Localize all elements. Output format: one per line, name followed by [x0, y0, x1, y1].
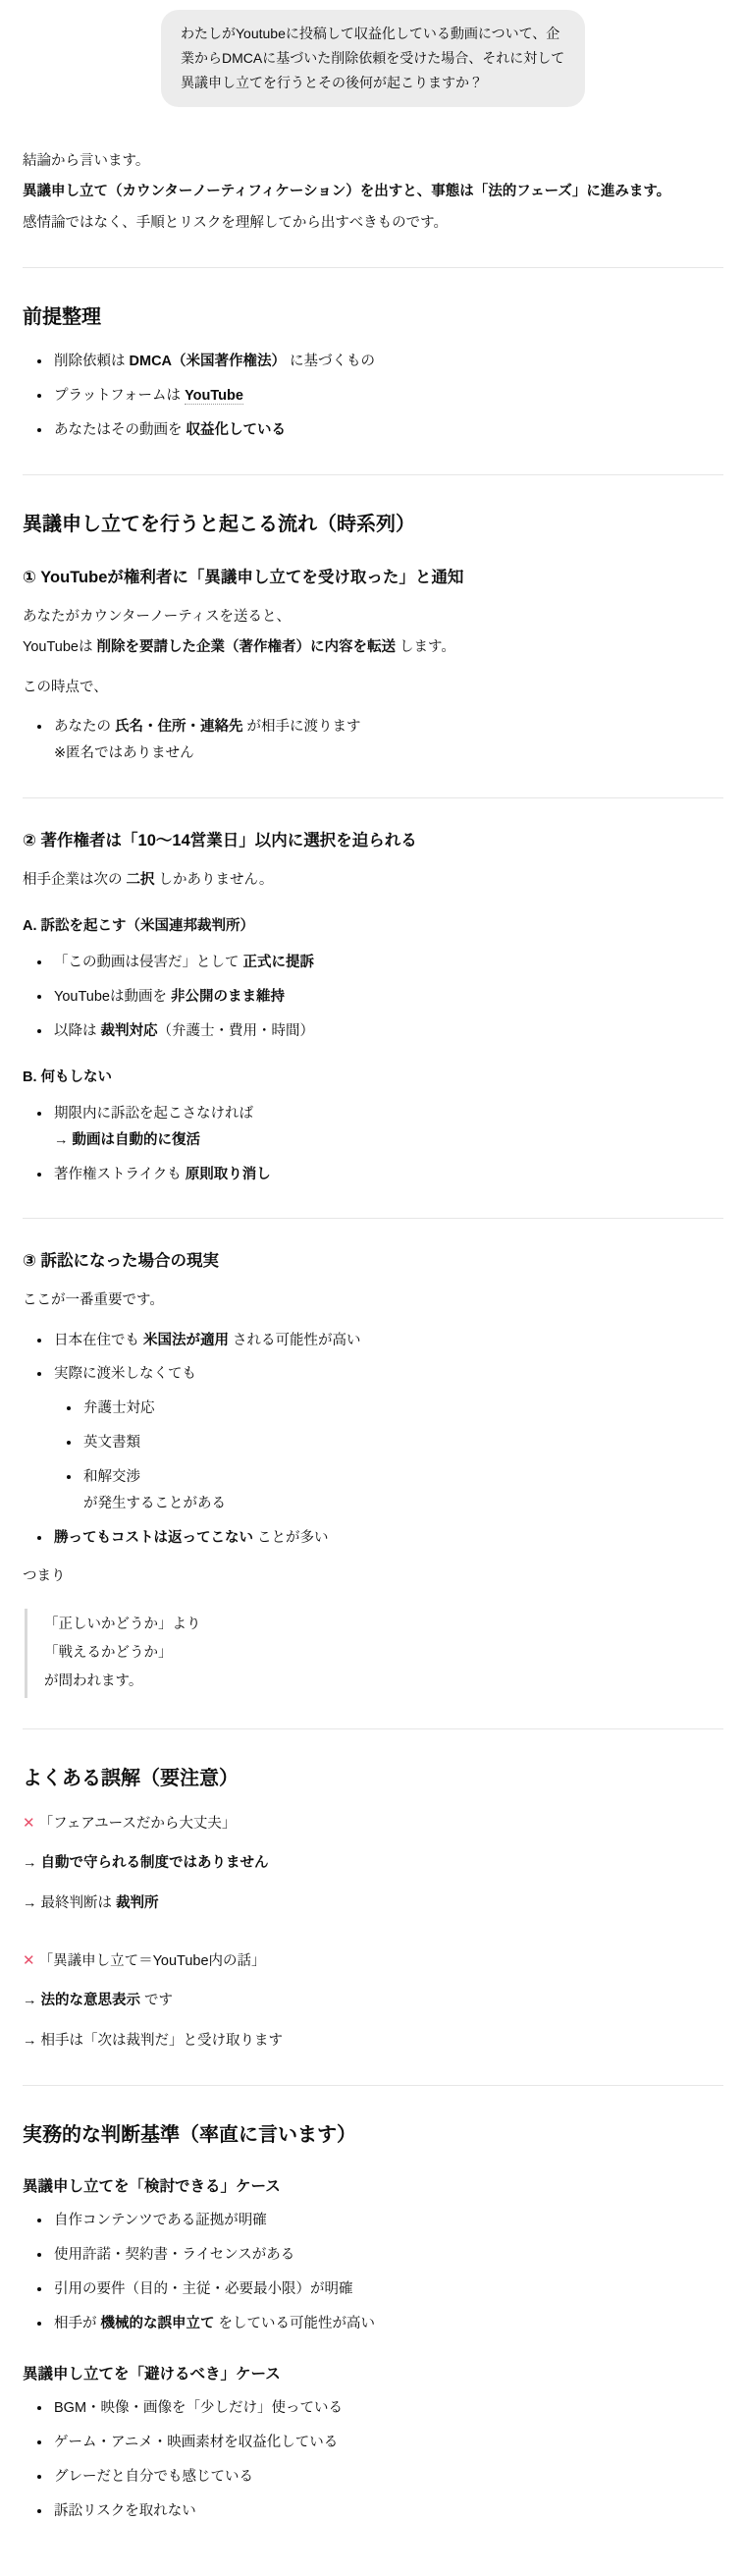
list-item: 弁護士対応 [81, 1396, 723, 1422]
misconception-2-line-2: → 相手は「次は裁判だ」と受け取ります [23, 2028, 723, 2055]
list-item: 使用許諾・契約書・ライセンスがある [52, 2242, 723, 2269]
list-item: 勝ってもコストは返ってこない ことが多い [52, 1525, 723, 1552]
list-item: グレーだと自分でも感じている [52, 2464, 723, 2491]
misconception-2-line-1: → 法的な意思表示 です [23, 1988, 723, 2015]
flow-step3-p2: つまり [23, 1563, 723, 1591]
list-item: 日本在住でも 米国法が適用 される可能性が高い [52, 1328, 723, 1354]
option-a-title: A. 訴訟を起こす（米国連邦裁判所） [23, 915, 723, 938]
list-item: 以降は 裁判対応（弁護士・費用・時間） [52, 1018, 723, 1045]
misconception-1-line-1: → 自動で守られる制度ではありません [23, 1850, 723, 1878]
list-item: 相手が 機械的な誤申立て をしている可能性が高い [52, 2311, 723, 2337]
list-item: 削除依頼は DMCA（米国著作権法） に基づくもの [52, 349, 723, 375]
intro-line-2: 異議申し立て（カウンターノーティフィケーション）を出すと、事態は「法的フェーズ」… [23, 179, 723, 206]
practical-heading: 実務的な判断基準（率直に言います） [23, 2121, 723, 2149]
user-message-text: わたしがYoutubeに投稿して収益化している動画について、企業からDMCAに基… [181, 26, 564, 90]
list-item: 期限内に訴訟を起こさなければ → 動画は自動的に復活 [52, 1101, 723, 1154]
list-item: BGM・映像・画像を「少しだけ」使っている [52, 2395, 723, 2422]
flow-step2-title: ② 著作権者は「10～14営業日」以内に選択を迫られる [23, 829, 723, 853]
section-divider [23, 2085, 723, 2086]
list-item: ゲーム・アニメ・映画素材を収益化している [52, 2430, 723, 2456]
youtube-link[interactable]: YouTube [185, 388, 243, 405]
assistant-response: 結論から言います。 異議申し立て（カウンターノーティフィケーション）を出すと、事… [23, 148, 723, 2525]
misconception-1-label: ✕「フェアユースだから大丈夫」 [23, 1810, 723, 1838]
option-a-list: 「この動画は侵害だ」として 正式に提訴 YouTubeは動画を 非公開のまま維持… [23, 950, 723, 1044]
misconception-1-line-2: → 最終判断は 裁判所 [23, 1891, 723, 1918]
list-item: あなたはその動画を 収益化している [52, 417, 723, 444]
anonymity-note: ※匿名ではありません [54, 740, 723, 767]
intro-line-1: 結論から言います。 [23, 148, 723, 176]
list-item: 「この動画は侵害だ」として 正式に提訴 [52, 950, 723, 976]
section-divider [23, 797, 723, 798]
section-divider [23, 474, 723, 475]
flow-step3-list: 日本在住でも 米国法が適用 される可能性が高い 実際に渡米しなくても 弁護士対応… [23, 1328, 723, 1552]
option-b-title: B. 何もしない [23, 1067, 723, 1089]
flow-step1-p2: YouTubeは 削除を要請した企業（著作権者）に内容を転送 します。 [23, 634, 723, 662]
flow-step3-p1: ここが一番重要です。 [23, 1288, 723, 1315]
list-item: プラットフォームは YouTube [52, 383, 723, 410]
auto-restore-line: → 動画は自動的に復活 [54, 1127, 723, 1154]
flow-step2-p1: 相手企業は次の 二択 しかありません。 [23, 867, 723, 895]
cross-mark-icon: ✕ [23, 1952, 35, 1969]
nested-list: 弁護士対応 英文書類 和解交渉 が発生することがある [54, 1396, 723, 1516]
cross-mark-icon: ✕ [23, 1815, 35, 1832]
flow-step1-list: あなたの 氏名・住所・連絡先 が相手に渡ります ※匿名ではありません [23, 714, 723, 767]
chat-page: わたしがYoutubeに投稿して収益化している動画について、企業からDMCAに基… [0, 0, 746, 2576]
section-divider [23, 267, 723, 268]
flow-step3-title: ③ 訴訟になった場合の現実 [23, 1249, 723, 1274]
flow-step1-title: ① YouTubeが権利者に「異議申し立てを受け取った」と通知 [23, 566, 723, 590]
flow-step1-p3: この時点で、 [23, 675, 723, 702]
flow-heading: 異議申し立てを行うと起こる流れ（時系列） [23, 511, 723, 538]
section-divider [23, 1218, 723, 1219]
list-item: 訴訟リスクを取れない [52, 2498, 723, 2525]
flow-step1-p1: あなたがカウンターノーティスを送ると、 [23, 604, 723, 631]
list-item: 英文書類 [81, 1430, 723, 1456]
section-divider [23, 1728, 723, 1729]
list-item: 引用の要件（目的・主従・必要最小限）が明確 [52, 2276, 723, 2303]
list-item: 和解交渉 が発生することがある [81, 1464, 723, 1517]
case-avoid-title: 異議申し立てを「避けるべき」ケース [23, 2362, 723, 2384]
list-item: YouTubeは動画を 非公開のまま維持 [52, 984, 723, 1011]
misconception-2-label: ✕「異議申し立て＝YouTube内の話」 [23, 1947, 723, 1976]
list-item: 自作コンテンツである証拠が明確 [52, 2208, 723, 2234]
nested-continuation: が発生することがある [83, 1491, 723, 1517]
summary-quote: 「正しいかどうか」より 「戦えるかどうか」 が問われます。 [25, 1609, 723, 1698]
intro-line-3: 感情論ではなく、手順とリスクを理解してから出すべきものです。 [23, 210, 723, 238]
misconceptions-heading: よくある誤解（要注意） [23, 1765, 723, 1792]
user-message-bubble: わたしがYoutubeに投稿して収益化している動画について、企業からDMCAに基… [161, 10, 585, 107]
premise-heading: 前提整理 [23, 303, 723, 331]
option-b-list: 期限内に訴訟を起こさなければ → 動画は自動的に復活 著作権ストライクも 原則取… [23, 1101, 723, 1187]
premise-list: 削除依頼は DMCA（米国著作権法） に基づくもの プラットフォームは YouT… [23, 349, 723, 443]
list-item: あなたの 氏名・住所・連絡先 が相手に渡ります ※匿名ではありません [52, 714, 723, 767]
list-item: 著作権ストライクも 原則取り消し [52, 1162, 723, 1188]
case-avoid-list: BGM・映像・画像を「少しだけ」使っている ゲーム・アニメ・映画素材を収益化して… [23, 2395, 723, 2524]
case-consider-title: 異議申し立てを「検討できる」ケース [23, 2174, 723, 2196]
case-consider-list: 自作コンテンツである証拠が明確 使用許諾・契約書・ライセンスがある 引用の要件（… [23, 2208, 723, 2336]
list-item: 実際に渡米しなくても 弁護士対応 英文書類 和解交渉 が発生することがある [52, 1361, 723, 1516]
